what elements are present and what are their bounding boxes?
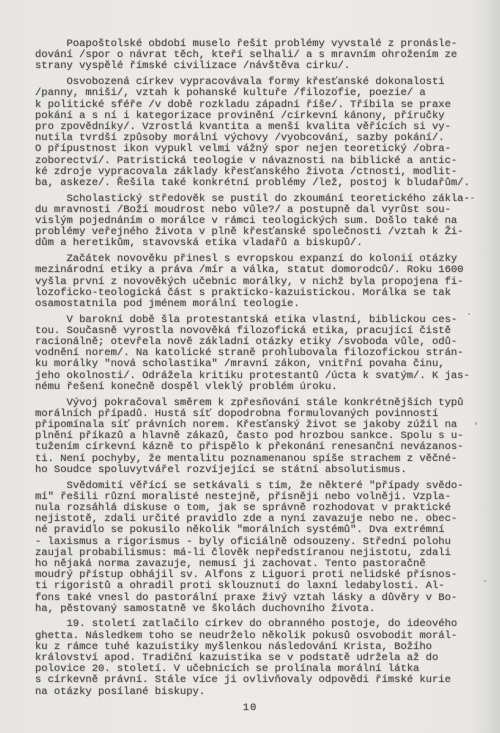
text-line: 19. století zatlačilo církev do obrannéh… (35, 619, 482, 630)
paragraph: Scholastický středověk se pustil do zkou… (35, 194, 482, 250)
paragraph: Začátek novověku přinesl s evropskou exp… (35, 254, 482, 310)
paragraph: Vývoj pokračoval směrem k zpřesňování st… (35, 398, 482, 476)
paragraph: 19. století zatlačilo církev do obrannéh… (35, 619, 482, 697)
text-line: /panny, mniši/, vztah k pohanské kultuře… (35, 88, 482, 99)
page-number: 10 (0, 703, 500, 714)
text-line: na otázky posílané biskupy. (35, 687, 482, 698)
text-line: dům a heretikům, stavovská etika vladařů… (35, 238, 482, 249)
text-line: ho Soudce spoluvytvářel rozvíjející se s… (35, 465, 482, 476)
paragraph: Osvobozená církev vypracovávala formy kř… (35, 77, 482, 189)
text-line: né pravidlo se pokusilo několik "morální… (35, 525, 482, 536)
document-body: Poapoštolské období muselo řešit problém… (0, 0, 500, 698)
text-line: tužením církevní kázně to přispělo k pře… (35, 442, 482, 453)
scan-speck (471, 197, 474, 199)
text-line: s církevně právní. Stále více ji ovlivňo… (35, 675, 482, 686)
text-line: ku morálky "nová scholastika" /mravní zá… (35, 359, 482, 370)
text-line: O přípustnost ikon vypukl velmi vážný sp… (35, 144, 482, 155)
text-line: osamostatnila pod jménem morální teologi… (35, 299, 482, 310)
paragraph: Poapoštolské období muselo řešit problém… (35, 39, 482, 73)
text-line: ba, askeze/. Řešila také konkrétní probl… (35, 178, 482, 189)
scan-speck (475, 422, 477, 425)
text-line: nému řešení konečně dospěl vleklý problé… (35, 382, 482, 393)
scan-speck (484, 580, 486, 582)
text-line: ti rigoristů a ohradil proti sklouznutí … (35, 581, 482, 592)
text-line: mezinárodní etiky a práva /mír a válka, … (35, 265, 482, 276)
paragraph: Svědomití věřící se setkávali s tím, že … (35, 481, 482, 615)
text-line: strany vyspělé římské civilizace /návště… (35, 61, 482, 72)
text-line: ha, pěstovaný samostatně ve školách duch… (35, 604, 482, 615)
paragraph: V barokní době šla protestantská etika v… (35, 315, 482, 393)
scanned-document-page: Poapoštolské období muselo řešit problém… (0, 0, 500, 733)
scan-speck (468, 313, 470, 315)
